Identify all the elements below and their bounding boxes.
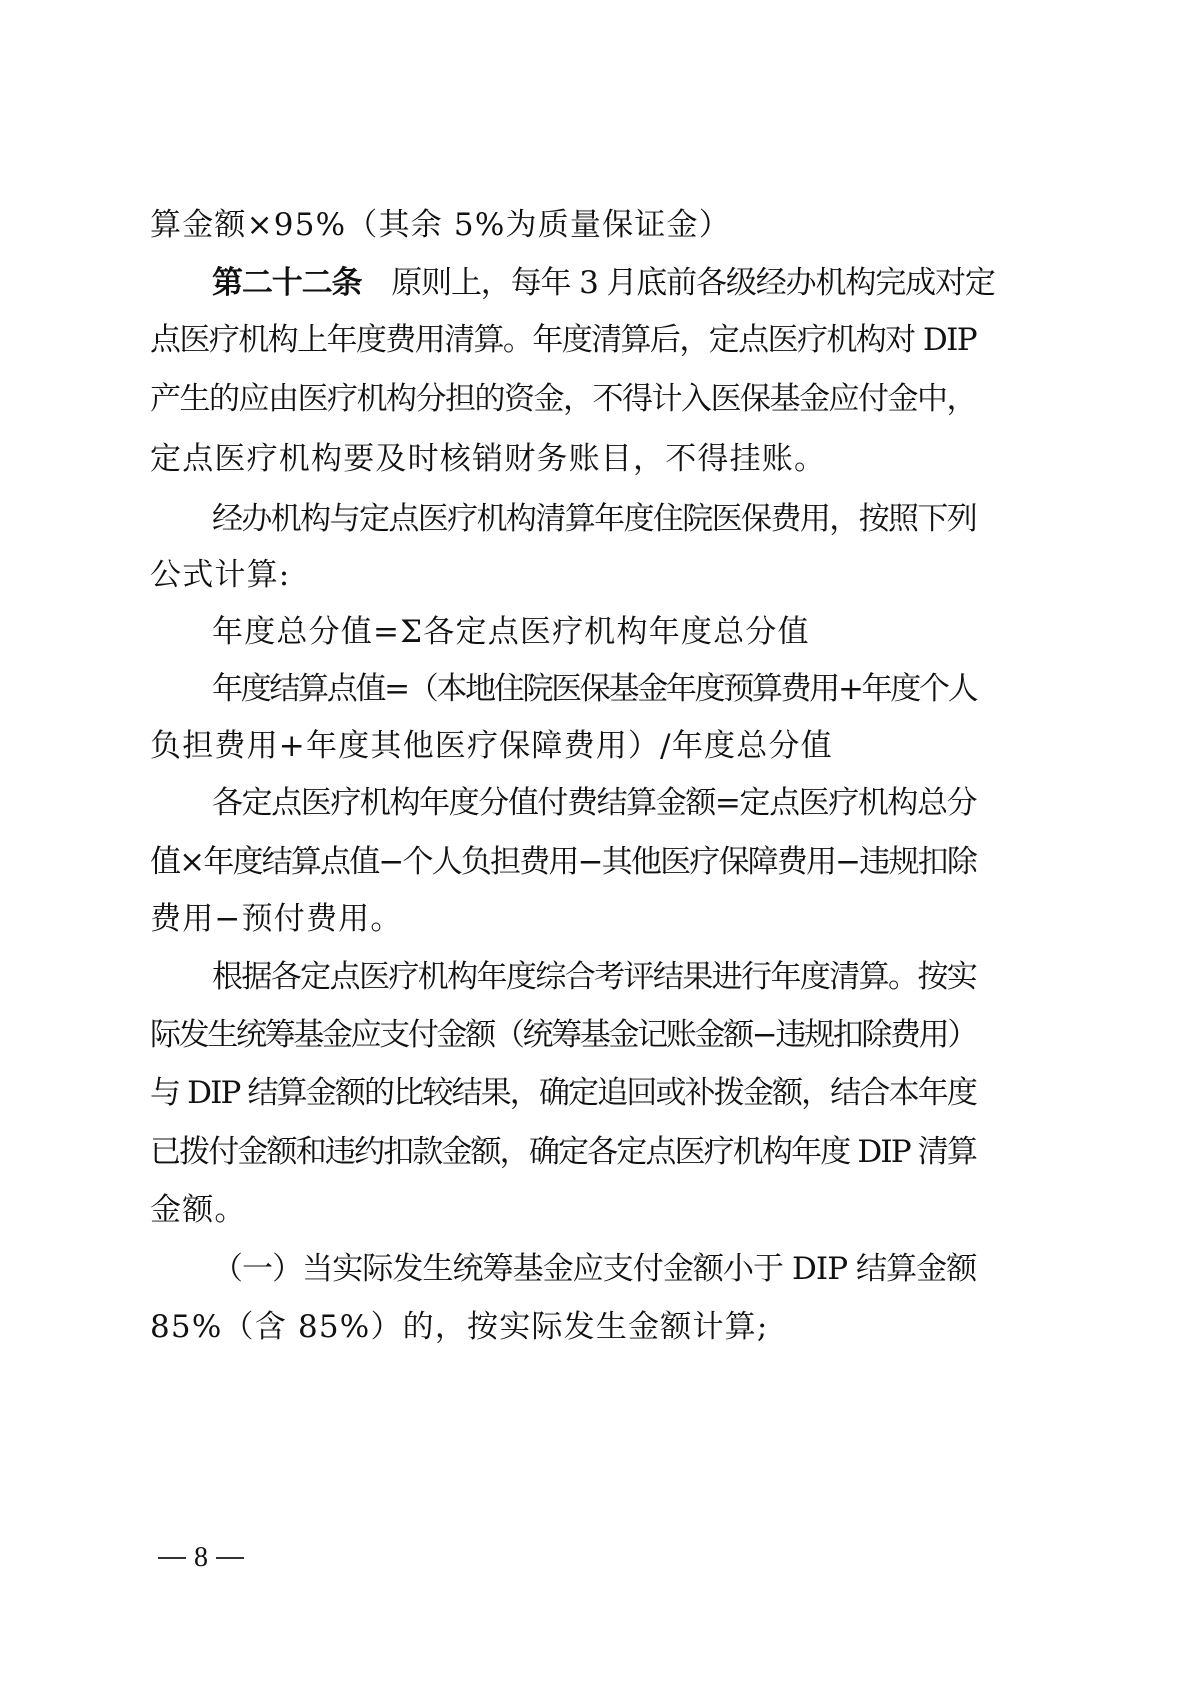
formula-settlement-line-1: 各定点医疗机构年度分值付费结算金额=定点医疗机构总分 — [212, 776, 976, 830]
article-heading: 第二十二条 — [212, 265, 361, 301]
formula-point-value-line-2: 负担费用+年度其他医疗保障费用）/年度总分值 — [150, 719, 976, 773]
text-line-1: 算金额×95%（其余 5%为质量保证金） — [150, 198, 976, 252]
article-22-line: 第二十二条 原则上，每年 3 月底前各级经办机构完成对定 — [212, 256, 976, 310]
text-line-14: 根据各定点医疗机构年度综合考评结果进行年度清算。按实 — [212, 950, 976, 1004]
text-line-7: 公式计算: — [150, 548, 976, 602]
formula-point-value-line-1: 年度结算点值=（本地住院医保基金年度预算费用+年度个人 — [212, 662, 976, 716]
text-line-18: 金额。 — [150, 1183, 976, 1237]
clause-1-line-1: （一）当实际发生统筹基金应支付金额小于 DIP 结算金额 — [212, 1242, 976, 1296]
text-line-16: 与 DIP 结算金额的比较结果，确定追回或补拨金额，结合本年度 — [150, 1066, 976, 1120]
text-line-15: 际发生统筹基金应支付金额（统筹基金记账金额−违规扣除费用） — [150, 1008, 976, 1062]
text-line-5: 定点医疗机构要及时核销财务账目，不得挂账。 — [150, 432, 976, 486]
dash-right — [216, 1557, 244, 1559]
text-line-17: 已拨付金额和违约扣款金额，确定各定点医疗机构年度 DIP 清算 — [150, 1125, 976, 1179]
document-page: 算金额×95%（其余 5%为质量保证金） 第二十二条 原则上，每年 3 月底前各… — [0, 0, 1190, 1683]
text-line-3: 点医疗机构上年度费用清算。年度清算后，定点医疗机构对 DIP — [150, 313, 976, 367]
clause-1-line-2: 85%（含 85%）的，按实际发生金额计算; — [150, 1300, 976, 1354]
formula-settlement-line-2: 值×年度结算点值−个人负担费用−其他医疗保障费用−违规扣除 — [150, 835, 976, 889]
formula-total-score: 年度总分值=Σ各定点医疗机构年度总分值 — [212, 605, 976, 659]
page-number-value: 8 — [194, 1538, 208, 1578]
text-line-6: 经办机构与定点医疗机构清算年度住院医保费用，按照下列 — [212, 492, 976, 546]
dash-left — [158, 1557, 186, 1559]
article-text: 原则上，每年 3 月底前各级经办机构完成对定 — [361, 265, 994, 301]
text-line-4: 产生的应由医疗机构分担的资金，不得计入医保基金应付金中， — [150, 372, 976, 426]
formula-settlement-line-3: 费用−预付费用。 — [150, 892, 976, 946]
page-number: 8 — [158, 1538, 244, 1578]
